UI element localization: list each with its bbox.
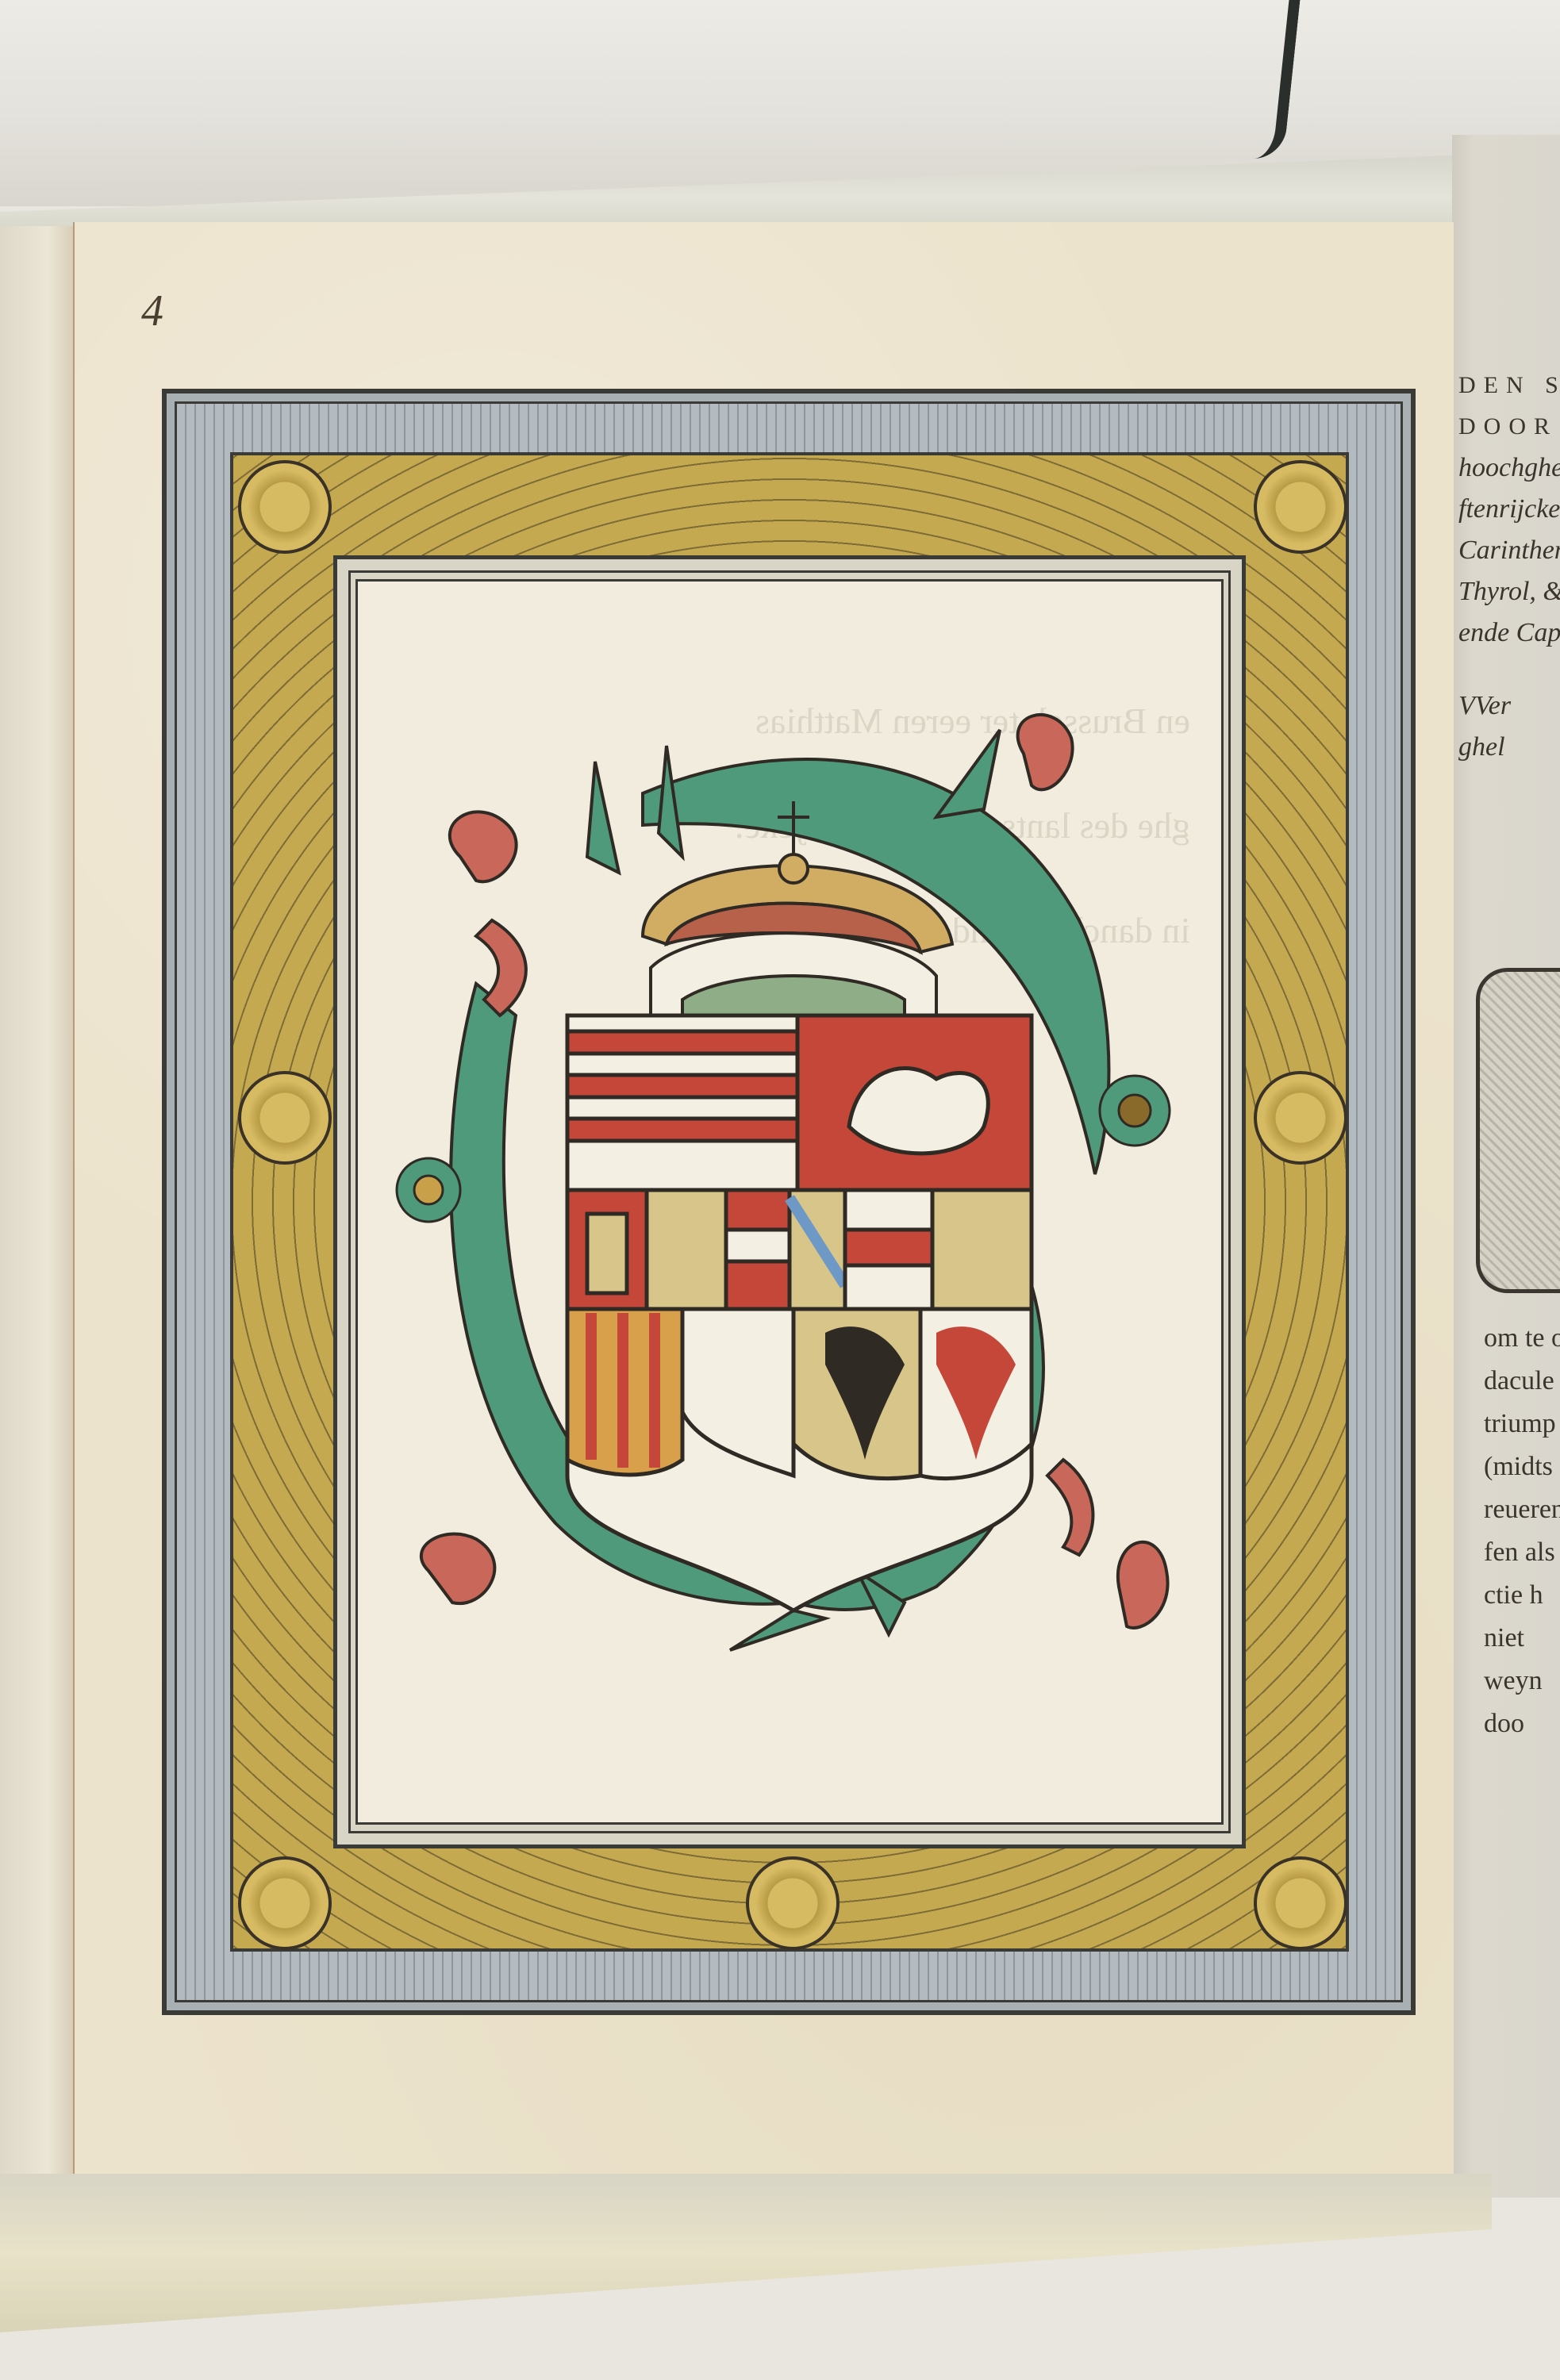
rosette-ornament <box>238 1856 332 1950</box>
heading-line: Thyrol, & <box>1458 571 1560 612</box>
decorated-initial <box>1476 968 1560 1293</box>
heading-line: ende Capi <box>1458 612 1560 654</box>
page-stack-edge <box>0 226 79 2186</box>
quarter-hungary <box>567 1015 797 1190</box>
heading-line: hoochghebor <box>1458 447 1560 489</box>
protective-wrapper-bottom <box>0 2174 1492 2332</box>
rosette-ornament <box>238 460 332 554</box>
rosette-ornament <box>746 1856 840 1950</box>
body-line: fen als <box>1484 1531 1560 1574</box>
heading-line: ftenrijcke, I <box>1458 489 1560 530</box>
body-line: om te o <box>1484 1317 1560 1360</box>
quarter-three-lions <box>932 1190 1032 1309</box>
rosette-ornament <box>238 1071 332 1165</box>
body-line: VVer <box>1458 685 1560 727</box>
right-page-heading: DEN S DOOR hoochghebor ftenrijcke, I Car… <box>1458 365 1560 768</box>
body-line: dacule <box>1484 1360 1560 1403</box>
shield <box>567 1015 1032 1610</box>
body-line: ghel <box>1458 727 1560 768</box>
rosette-ornament <box>1254 1071 1347 1165</box>
rosette-ornament <box>1254 1856 1347 1950</box>
coat-of-arms-illustration <box>381 682 1206 1666</box>
right-page-body: om te o dacule triump (midts reueren fen… <box>1484 1317 1560 1745</box>
body-line: (midts <box>1484 1445 1560 1488</box>
body-line: doo <box>1484 1702 1560 1745</box>
heading-line: DOOR <box>1458 406 1560 447</box>
body-line: ctie h <box>1484 1574 1560 1617</box>
rosette-ornament <box>1254 460 1347 554</box>
quarter-bohemia-lion <box>797 1015 1032 1190</box>
quarter-black-lion <box>647 1190 726 1309</box>
heading-line: Carinthen, <box>1458 530 1560 571</box>
body-line: triump <box>1484 1403 1560 1445</box>
body-line: reueren <box>1484 1488 1560 1531</box>
body-line: weyn <box>1484 1660 1560 1702</box>
page-number: 4 <box>141 286 163 336</box>
body-line: niet <box>1484 1617 1560 1660</box>
heading-line: DEN S <box>1458 365 1560 406</box>
